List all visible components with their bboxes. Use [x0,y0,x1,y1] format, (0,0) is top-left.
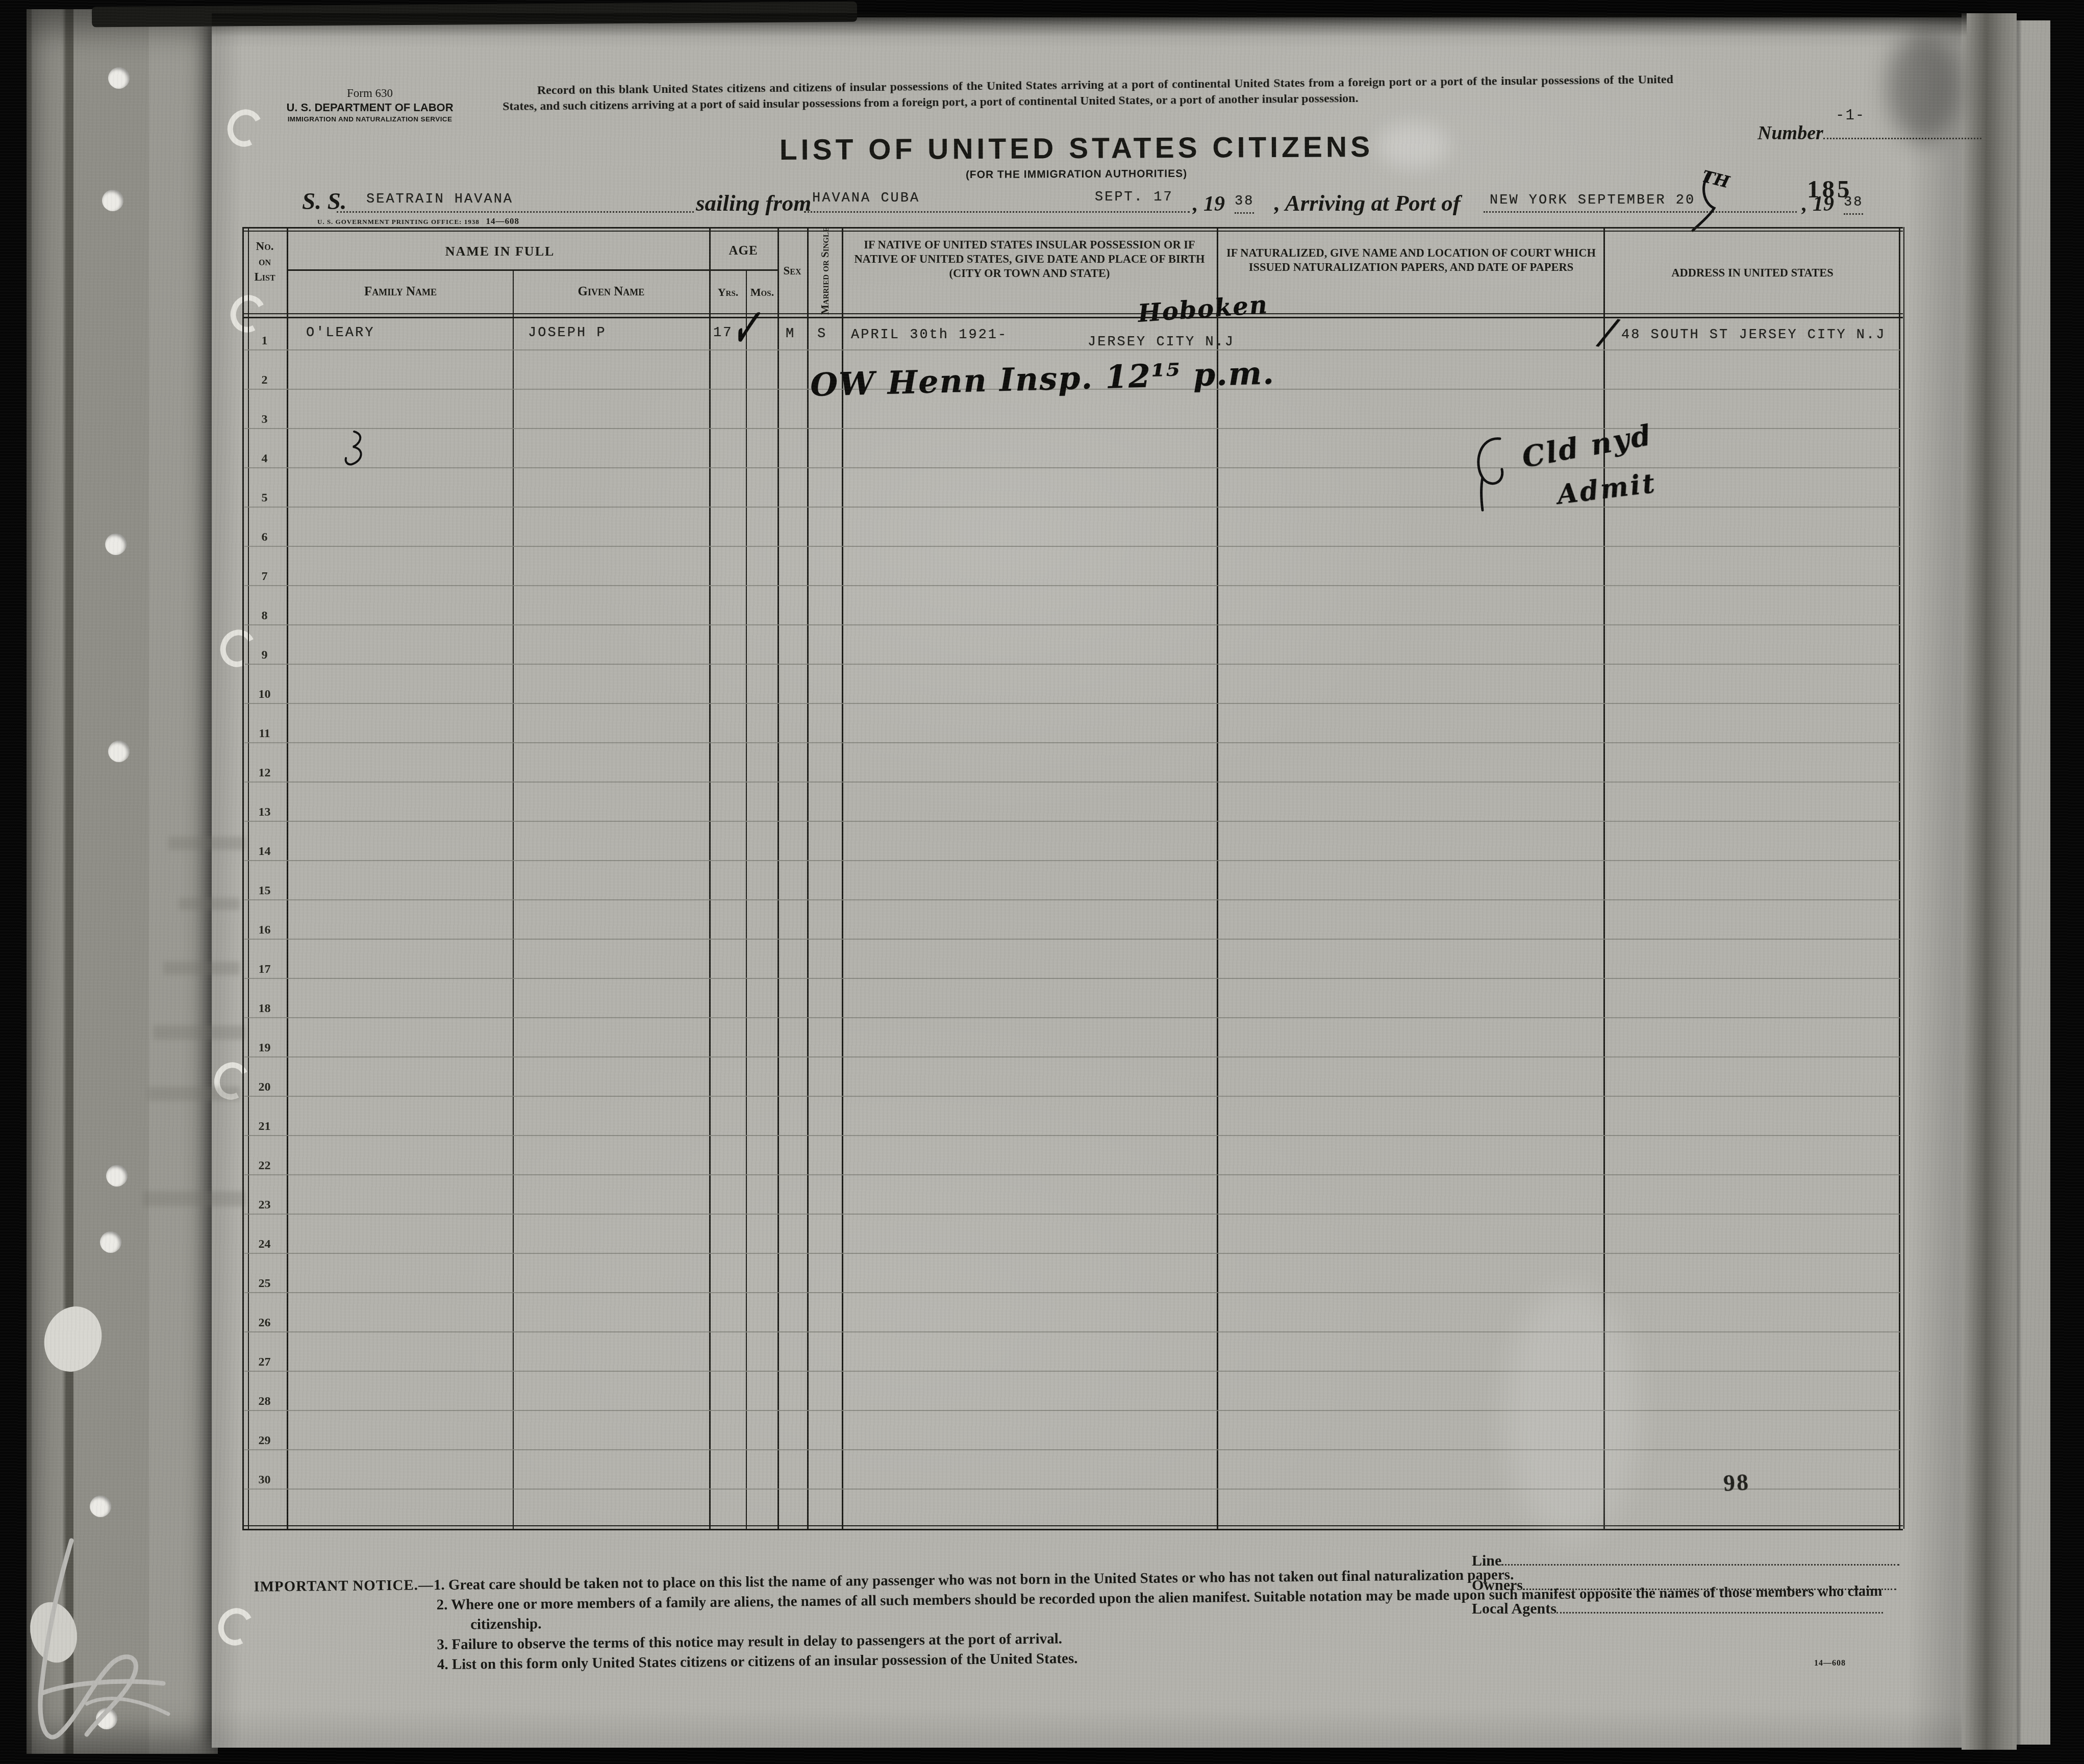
row-rule [244,546,1901,547]
hole-punch [100,1231,121,1253]
row-number: 24 [242,1225,287,1264]
scanned-manifest-page: Form 630 U. S. DEPARTMENT OF LABOR IMMIG… [0,0,2084,1764]
col-line-birth-naturalization [1217,227,1218,1529]
entry-given-name: JOSEPH P [528,325,607,341]
row-number: 22 [242,1146,287,1186]
row-number: 18 [242,989,287,1028]
row-number: 28 [242,1382,287,1421]
departure-date-typed: SEPT. 17 [1095,190,1173,205]
entry-address: 48 SOUTH ST JERSEY CITY N.J [1621,327,1886,343]
entry-birth-date: APRIL 30th 1921- [851,327,1008,343]
top-shadow [212,13,1967,37]
header-birth: IF NATIVE OF UNITED STATES INSULAR POSSE… [848,238,1211,281]
count-stamp: 98 [1723,1469,1751,1497]
department-name: U. S. DEPARTMENT OF LABOR [265,101,474,114]
header-sex: Sex [776,264,808,278]
table-top-line-2 [242,231,1903,232]
arrival-year-typed: 38 [1844,195,1863,215]
service-name: IMMIGRATION AND NATURALIZATION SERVICE [265,115,474,123]
row-rule [244,1096,1901,1097]
row-number: 19 [242,1028,287,1068]
entry-married-or-single: S [817,326,827,342]
row-rule [244,1017,1901,1018]
arrival-th-flourish [1678,168,1740,235]
row-number: 13 [242,793,287,832]
col-line-given-age [709,227,711,1529]
col-line-married-birth [842,227,843,1529]
examiner-note-loop [1469,433,1541,514]
row-number: 30 [242,1460,287,1500]
header-name-in-full: NAME IN FULL [337,244,663,259]
important-notice: IMPORTANT NOTICE.—1. Great care should b… [254,1561,1907,1676]
hole-punch [90,1496,111,1517]
row-number: 5 [242,478,287,518]
gpo-imprint-text: U. S. GOVERNMENT PRINTING OFFICE: 1938 [317,218,480,225]
col-line-age-sex [777,227,779,1529]
arrival-year-19-printed: , 19 [1802,192,1834,216]
name-age-underline [287,269,777,271]
header-bottom-line-2 [242,317,1903,318]
table-border-right-inner [1903,227,1904,1529]
entry-family-name: O'LEARY [306,325,374,341]
entry-age-yrs: 17 [713,325,733,341]
row-number: 2 [242,361,287,400]
arriving-label: , Arriving at Port of [1274,190,1461,216]
row-rule [244,899,1901,900]
header-address: ADDRESS IN UNITED STATES [1610,266,1895,280]
row-rule [244,742,1901,743]
row-number: 27 [242,1343,287,1382]
table-border-right [1899,227,1900,1529]
number-label: Number [1757,122,1823,144]
row-number: 4 [242,439,287,478]
row-number: 3 [242,400,287,439]
hole-punch [102,190,123,211]
row-rule [244,703,1901,704]
row-rule [244,1253,1901,1254]
row-number: 29 [242,1421,287,1460]
row-rule [244,1489,1901,1490]
notice-label: IMPORTANT NOTICE.— [254,1577,434,1595]
row-number: 21 [242,1107,287,1146]
row-rule [244,1056,1901,1057]
departure-year-typed: 38 [1235,194,1254,214]
hdr-on: on [242,254,287,269]
header-married-or-single: Married or Single [819,226,832,316]
print-code: 14—608 [1814,1659,1846,1668]
paper-stack-left-edge [27,9,218,1754]
row-rule [244,1174,1901,1175]
col-line-no [287,227,288,1529]
paper-stain [1377,122,1449,168]
page-behind-right [2017,20,2050,1745]
gpo-imprint: U. S. GOVERNMENT PRINTING OFFICE: 1938 1… [317,216,519,226]
row-number: 10 [242,675,287,714]
table-bottom-line [242,1525,1903,1526]
row-rule [244,1410,1901,1411]
row-number: 26 [242,1303,287,1343]
row-number: 7 [242,557,287,596]
row-number: 20 [242,1068,287,1107]
row-rule [244,1135,1901,1136]
hdr-no: No. [242,239,287,254]
row-number: 14 [242,832,287,871]
row-rule [244,860,1901,861]
hole-punch [105,534,127,555]
hole-punch [108,741,130,762]
paper-stain [1505,1286,1638,1541]
entry-birth-place: JERSEY CITY N.J [1088,335,1235,350]
header-bottom-line [242,313,1903,314]
row-rule [244,624,1901,625]
departure-port-typed: HAVANA CUBA [812,191,920,206]
checkmark-mos: ✓ [730,290,762,366]
form-identification: Form 630 U. S. DEPARTMENT OF LABOR IMMIG… [265,87,474,123]
hole-punch [106,1165,128,1187]
row-rule [244,585,1901,586]
row-rule [244,428,1901,429]
row-number: 11 [242,714,287,753]
row-number: 16 [242,911,287,950]
col-line-sex-married [807,227,809,1529]
row-number: 15 [242,871,287,911]
entry-sex: M [786,326,795,342]
row-number: 12 [242,753,287,793]
row-number: 1 [242,321,287,361]
ship-name-typed: SEATRAIN HAVANA [366,192,513,207]
page-right-crease [1962,13,2017,1750]
row-rule [244,821,1901,822]
row-number: 6 [242,518,287,557]
row-rule [244,1371,1901,1372]
row-number: 8 [242,596,287,636]
row-number: 25 [242,1264,287,1303]
table-top-line [242,227,1903,229]
row-rule [244,664,1901,665]
sailing-from-label: sailing from [696,190,811,216]
row-number: 23 [242,1186,287,1225]
row-rule [244,507,1901,508]
page-title: LIST OF UNITED STATES CITIZENS [653,130,1500,168]
margin-squiggle [339,427,374,473]
header-no-on-list: No. on List [242,239,287,285]
row-number: 9 [242,636,287,675]
header-naturalization: IF NATURALIZED, GIVE NAME AND LOCATION O… [1223,246,1599,274]
header-given-name: Given Name [514,285,708,299]
gpo-code: 14—608 [486,216,519,226]
row-rule [244,782,1901,783]
pencil-scribble [10,1530,194,1755]
table-bottom-line-2 [242,1529,1903,1530]
form-number: Form 630 [265,87,474,100]
row-rule [244,1214,1901,1215]
row-rule [244,349,1901,350]
year-19-printed: , 19 [1193,192,1225,216]
row-rule [244,1292,1901,1293]
row-number: 17 [242,950,287,989]
paper-shadow [1888,31,1959,143]
row-rule [244,978,1901,979]
hdr-list: List [242,269,287,285]
row-rule [244,939,1901,940]
header-age: AGE [709,244,777,258]
header-family-name: Family Name [288,285,513,299]
row-rule [244,1331,1901,1332]
arrival-port-typed: NEW YORK SEPTEMBER 20 [1490,193,1695,208]
hole-punch [108,67,130,89]
row-rule [244,1449,1901,1450]
